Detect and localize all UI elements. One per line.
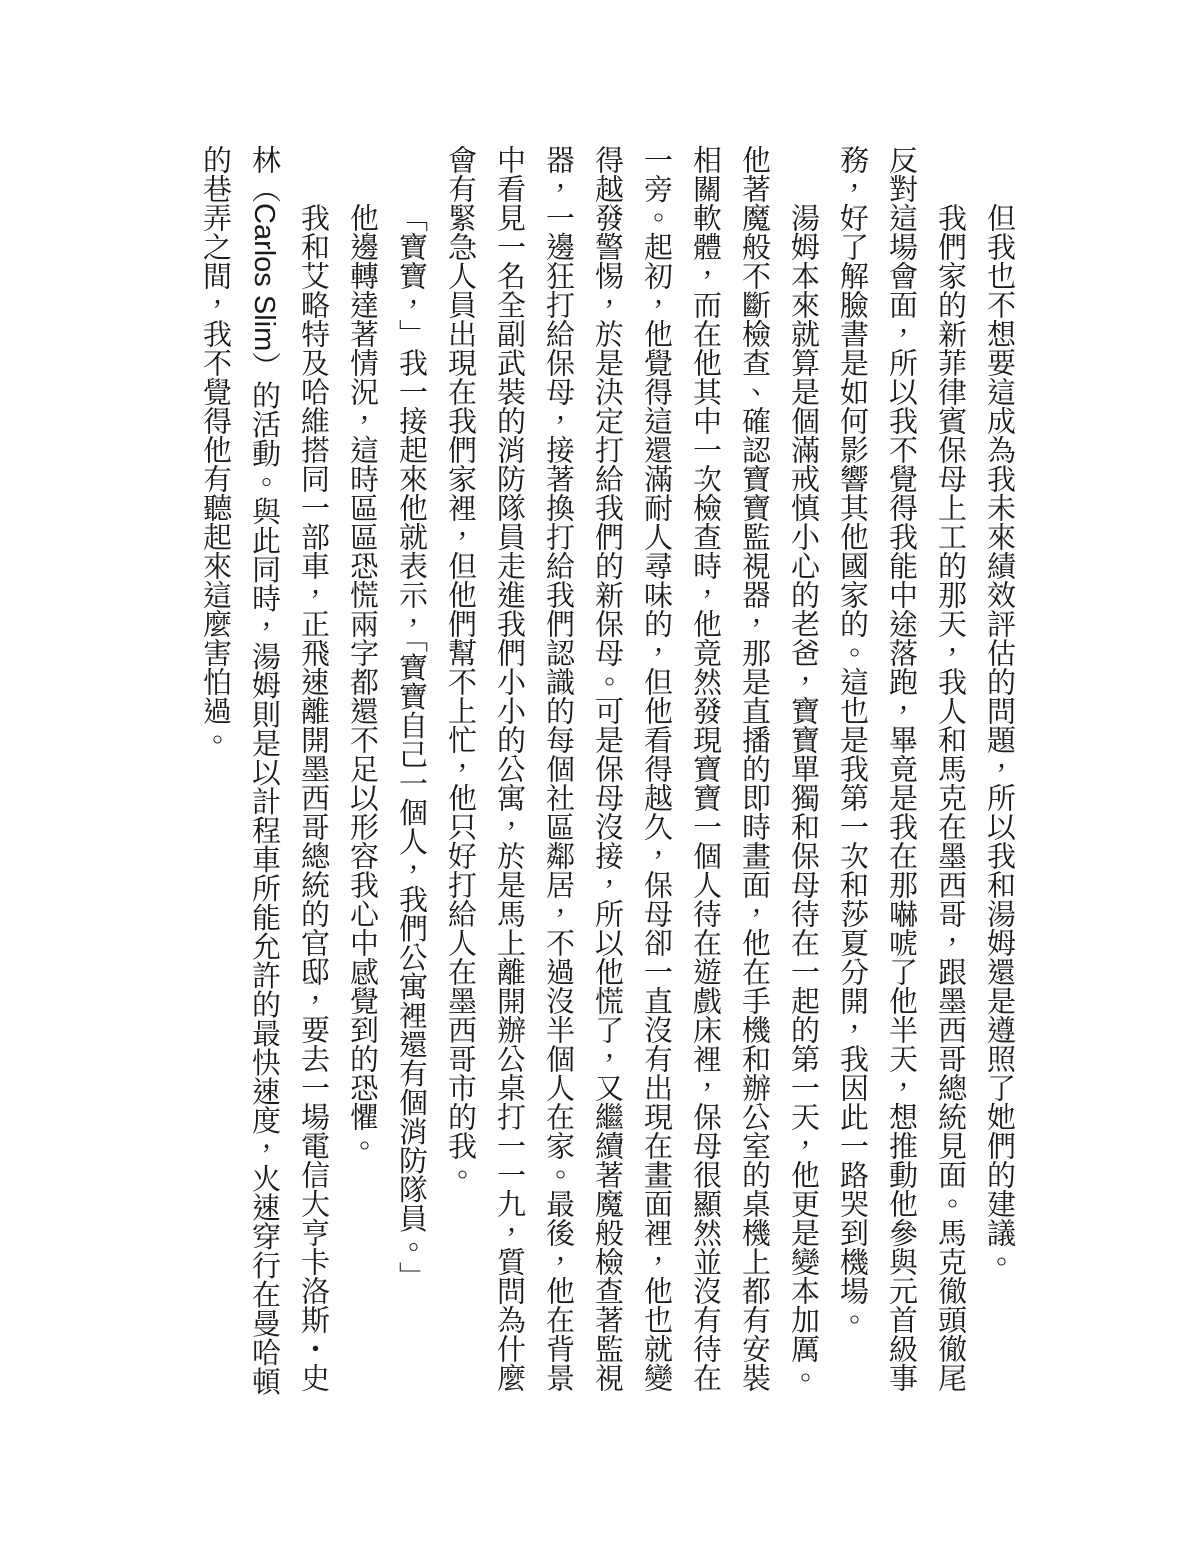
paragraph: 我們家的新菲律賓保母上工的那天，我人和馬克在墨西哥，跟墨西哥總統見面。馬克徹頭徹… <box>827 145 974 1405</box>
paragraph: 我和艾略特及哈維搭同一部車，正飛速離開墨西哥總統的官邸，要去一場電信大亨卡洛斯・… <box>190 145 337 1405</box>
text-block: 但我也不想要這成為我未來績效評估的問題，所以我和湯姆還是遵照了她們的建議。我們家… <box>190 145 1023 1405</box>
paragraph: 「寶寶，」我一接起來他就表示，「寶寶自己一個人，我們公寓裡還有個消防隊員。」 <box>386 145 435 1405</box>
paragraph: 他邊轉達著情況，這時區區恐慌兩字都還不足以形容我心中感覺到的恐懼。 <box>337 145 386 1405</box>
book-page: 但我也不想要這成為我未來績效評估的問題，所以我和湯姆還是遵照了她們的建議。我們家… <box>0 0 1200 1552</box>
paragraph: 湯姆本來就算是個滿戒慎小心的老爸，寶寶單獨和保母待在一起的第一天，他更是變本加厲… <box>435 145 827 1405</box>
paragraph: 但我也不想要這成為我未來績效評估的問題，所以我和湯姆還是遵照了她們的建議。 <box>974 145 1023 1405</box>
